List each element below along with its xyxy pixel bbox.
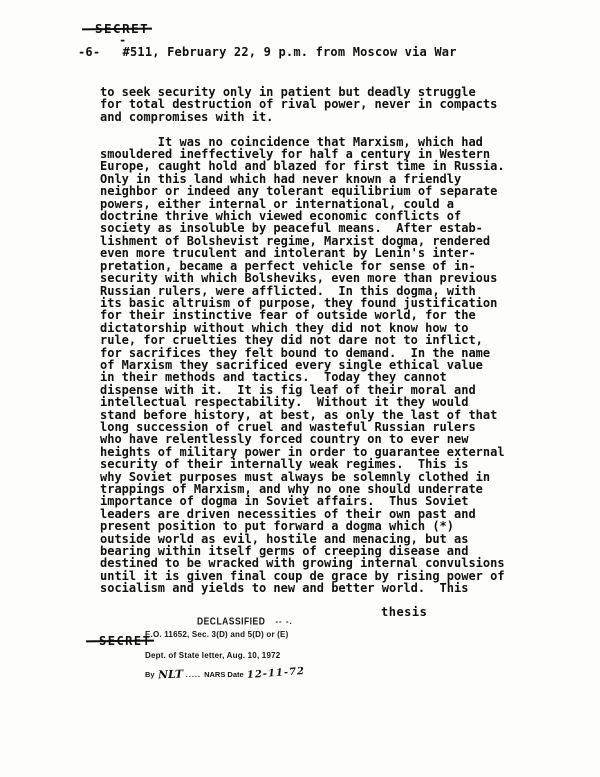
body-line: present position to put forward a dogma …: [100, 520, 540, 532]
stamp-by-line: By NLT ..... NARS Date 12-11-72: [145, 670, 305, 679]
body-line: security of their internally weak regime…: [100, 458, 540, 470]
body-line: socialism and yields to new and better w…: [100, 582, 540, 594]
body-line: [100, 123, 540, 135]
nars-date-label: NARS Date: [204, 670, 244, 679]
handwritten-date: 12-11-72: [246, 668, 305, 681]
body-line: even more truculent and intolerant by Le…: [100, 247, 540, 259]
body-line: for their instinctive fear of outside wo…: [100, 309, 540, 321]
stamp-title: DECLASSIFIED: [197, 615, 265, 627]
body-line: neighbor or indeed any tolerant equilibr…: [100, 185, 540, 197]
stamp-eo-line: E.O. 11652, Sec. 3(D) and 5(D) or (E): [145, 630, 305, 640]
by-dots: .....: [186, 670, 201, 679]
body-text: to seek security only in patient but dea…: [100, 86, 540, 595]
body-line: security with which Bolsheviks, even mor…: [100, 272, 540, 284]
body-line: and compromises with it.: [100, 111, 540, 123]
body-line: importance of dogma in Soviet affairs. T…: [100, 495, 540, 507]
stamp-dashes: -- -.: [275, 617, 292, 626]
body-line: destined to be wracked with growing inte…: [100, 557, 540, 569]
stamp-title-row: DECLASSIFIED -- -.: [197, 616, 305, 626]
body-line: intellectual respectability. Without it …: [100, 396, 540, 408]
declassification-stamp: DECLASSIFIED -- -. E.O. 11652, Sec. 3(D)…: [145, 616, 305, 679]
telegram-header-line: -6- #511, February 22, 9 p.m. from Mosco…: [78, 45, 457, 59]
body-line: for total destruction of rival power, ne…: [100, 98, 540, 110]
body-line: rule, for cruelties they did not dare no…: [100, 334, 540, 346]
thesis-word: thesis: [381, 605, 427, 619]
body-line: who have relentlessly forced country on …: [100, 433, 540, 445]
body-line: in their methods and tactics. Today they…: [100, 371, 540, 383]
declassifier-signature: NLT: [157, 671, 182, 680]
footer-classification-secret: SECRET: [99, 634, 151, 648]
body-line: society as insoluble by peaceful means. …: [100, 222, 540, 234]
by-label: By: [145, 670, 155, 679]
document-page: SECRET - -6- #511, February 22, 9 p.m. f…: [0, 0, 600, 777]
stamp-dept-line: Dept. of State letter, Aug. 10, 1972: [145, 651, 305, 661]
body-line: Europe, caught hold and blazed for first…: [100, 160, 540, 172]
